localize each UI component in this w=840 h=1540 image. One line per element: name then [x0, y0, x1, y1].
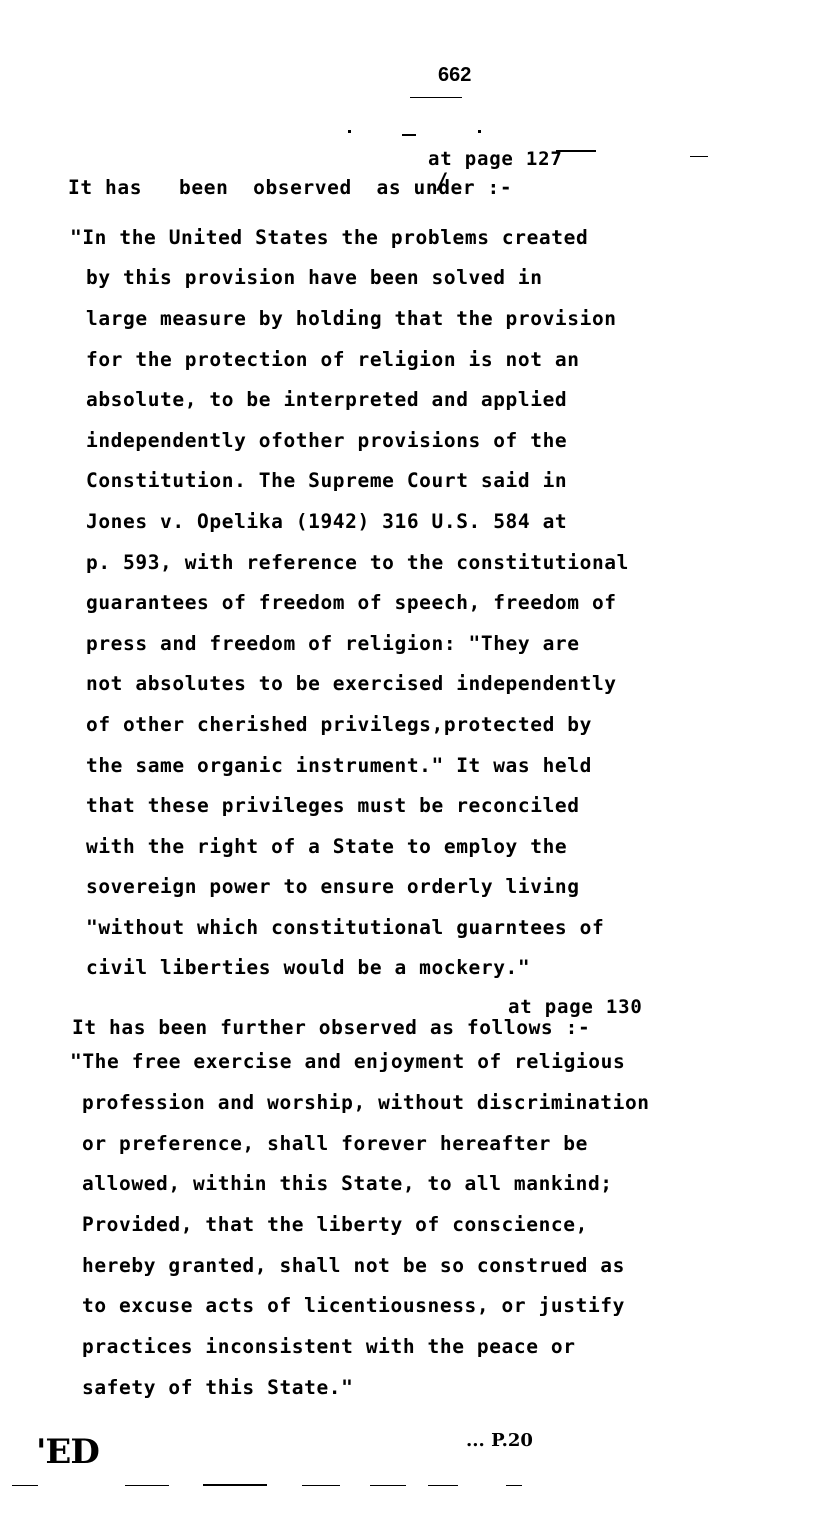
quote-line: the same organic instrument." It was hel…	[86, 754, 592, 777]
header-rule	[410, 97, 462, 98]
quote-line: not absolutes to be exercised independen…	[86, 672, 617, 695]
quote-line: practices inconsistent with the peace or	[82, 1335, 576, 1358]
quote-line: "The free exercise and enjoyment of reli…	[70, 1050, 625, 1073]
footer-rule	[203, 1484, 267, 1486]
quote-line: safety of this State."	[82, 1376, 353, 1399]
quote-line: Provided, that the liberty of conscience…	[82, 1213, 588, 1236]
quote-line: Jones v. Opelika (1942) 316 U.S. 584 at	[86, 510, 567, 533]
footer-rule	[12, 1485, 38, 1486]
insertion-mark: /	[435, 170, 448, 195]
scan-stroke	[402, 134, 416, 136]
quote-line: of other cherished privilegs,protected b…	[86, 713, 592, 736]
scan-speck	[478, 130, 481, 133]
footer-rule	[370, 1485, 406, 1486]
quote-line: p. 593, with reference to the constituti…	[86, 551, 629, 574]
quote-line: sovereign power to ensure orderly living	[86, 875, 580, 898]
quote-line: profession and worship, without discrimi…	[82, 1091, 650, 1114]
quote-line: for the protection of religion is not an	[86, 348, 580, 371]
initials-mark: 'ED	[36, 1432, 99, 1472]
quote-line: allowed, within this State, to all manki…	[82, 1172, 613, 1195]
quote-line: Constitution. The Supreme Court said in	[86, 469, 567, 492]
annotation-overline	[556, 150, 596, 152]
quote-line: "In the United States the problems creat…	[70, 226, 588, 249]
quote-line: to excuse acts of licentiousness, or jus…	[82, 1294, 625, 1317]
quote-line: with the right of a State to employ the	[86, 835, 567, 858]
quote-line: civil liberties would be a mockery."	[86, 956, 530, 979]
quote-line: large measure by holding that the provis…	[86, 307, 617, 330]
continued-page-marker: ... P.20	[466, 1430, 533, 1451]
quote-line: by this provision have been solved in	[86, 266, 543, 289]
quote-line: absolute, to be interpreted and applied	[86, 388, 567, 411]
quote-line: that these privileges must be reconciled	[86, 794, 580, 817]
quote-line: press and freedom of religion: "They are	[86, 632, 580, 655]
footer-rule	[428, 1485, 458, 1486]
page-reference-annotation-1: at page 127	[428, 148, 563, 170]
document-page: 662 at page 127 It has been observed as …	[0, 0, 840, 1540]
footer-rule	[125, 1485, 169, 1486]
scan-speck	[348, 130, 351, 133]
footer-rule	[302, 1485, 340, 1486]
scan-stroke	[690, 156, 708, 157]
quote-line: independently ofother provisions of the	[86, 429, 567, 452]
quote-line: hereby granted, shall not be so construe…	[82, 1254, 625, 1277]
quote-line: or preference, shall forever hereafter b…	[82, 1132, 588, 1155]
quote-line: "without which constitutional guarntees …	[86, 916, 604, 939]
paragraph-2-intro: It has been further observed as follows …	[72, 1016, 590, 1039]
quote-line: guarantees of freedom of speech, freedom…	[86, 591, 617, 614]
page-reference-annotation-2: at page 130	[508, 996, 643, 1018]
page-number: 662	[438, 64, 471, 87]
footer-rule	[506, 1485, 522, 1486]
